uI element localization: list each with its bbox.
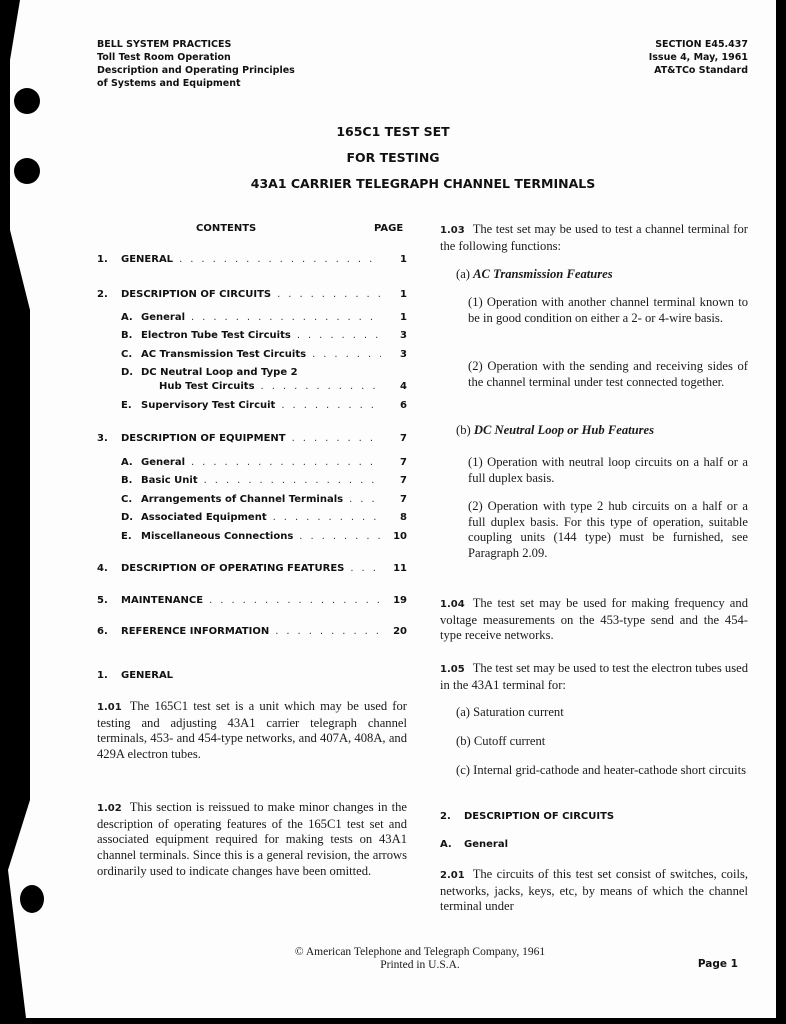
toc-entry[interactable]: A.General..............................1: [121, 312, 407, 323]
binder-hole-icon: [14, 88, 40, 114]
item-1-03-a-2: (2) Operation with the sending and recei…: [468, 359, 748, 390]
page-column-heading: PAGE: [374, 223, 403, 234]
toc-leader: ..............................: [275, 626, 381, 637]
item-label: (2): [468, 359, 483, 373]
item-title: DC Neutral Loop or Hub Features: [474, 423, 654, 437]
page-number: Page 1: [698, 958, 738, 970]
toc-entry-continuation[interactable]: Hub Test Circuits.......................…: [121, 381, 407, 392]
toc-leader: ..............................: [350, 563, 381, 574]
toc-label: DC Neutral Loop and Type 2: [141, 367, 298, 378]
title-line-2: FOR TESTING: [0, 150, 776, 165]
toc-label: MAINTENANCE: [121, 595, 203, 606]
toc-leader: ..............................: [297, 330, 381, 341]
list-item: (c) Internal grid-cathode and heater-cat…: [456, 763, 748, 779]
list-item: (a) Saturation current: [456, 705, 748, 721]
toc-page: 1: [387, 254, 407, 265]
item-title: AC Transmission Features: [473, 267, 613, 281]
toc-leader: ..............................: [299, 531, 381, 542]
paragraph-number: 1.01: [97, 702, 122, 713]
toc-num: D.: [121, 512, 141, 523]
toc-leader: ..............................: [292, 433, 381, 444]
section-number: SECTION E45.437: [649, 38, 748, 51]
toc-entry[interactable]: C.Arrangements of Channel Terminals.....…: [121, 494, 407, 505]
paragraph-1-05: 1.05The test set may be used to test the…: [440, 661, 748, 693]
toc-num: B.: [121, 330, 141, 341]
toc-num: C.: [121, 349, 141, 360]
item-label: (b): [456, 734, 471, 748]
toc-page: 4: [387, 381, 407, 392]
paragraph-number: 1.04: [440, 599, 465, 610]
toc-num: D.: [121, 367, 141, 378]
item-1-03-b-1: (1) Operation with neutral loop circuits…: [468, 455, 748, 486]
header-division: Toll Test Room Operation: [97, 51, 295, 64]
toc-label: Basic Unit: [141, 475, 198, 486]
toc-label: Electron Tube Test Circuits: [141, 330, 291, 341]
printed-in-text: Printed in U.S.A.: [270, 959, 570, 972]
toc-label: Supervisory Test Circuit: [141, 400, 275, 411]
item-1-03-b-2: (2) Operation with type 2 hub circuits o…: [468, 499, 748, 562]
item-text: Internal grid-cathode and heater-cathode…: [473, 763, 746, 777]
paragraph-1-02: 1.02This section is reissued to make min…: [97, 800, 407, 880]
toc-page: 3: [387, 330, 407, 341]
toc-entry[interactable]: 5.MAINTENANCE...........................…: [97, 595, 407, 606]
toc-page: 11: [387, 563, 407, 574]
item-label: (1): [468, 295, 483, 309]
toc-leader: ..............................: [349, 494, 381, 505]
item-text: Operation with type 2 hub circuits on a …: [468, 499, 748, 560]
toc-leader: ..............................: [273, 512, 381, 523]
section-num: A.: [440, 839, 464, 850]
section-label: GENERAL: [121, 670, 173, 681]
item-text: Operation with the sending and receiving…: [468, 359, 748, 389]
toc-page: 7: [387, 475, 407, 486]
paragraph-text: The test set may be used to test a chann…: [440, 222, 748, 253]
paragraph-number: 1.05: [440, 664, 465, 675]
toc-leader: ..............................: [312, 349, 381, 360]
toc-num: 5.: [97, 595, 121, 606]
section-heading-general: 1.GENERAL: [97, 670, 173, 681]
toc-page: 1: [387, 312, 407, 323]
toc-label: General: [141, 457, 185, 468]
header-category: Description and Operating Principles: [97, 64, 295, 77]
section-label: DESCRIPTION OF CIRCUITS: [464, 811, 614, 822]
toc-page: 19: [387, 595, 407, 606]
toc-label: DESCRIPTION OF EQUIPMENT: [121, 433, 286, 444]
toc-entry[interactable]: D.DC Neutral Loop and Type 2: [121, 367, 407, 378]
toc-page: 6: [387, 400, 407, 411]
binder-hole-icon: [20, 885, 44, 913]
item-label: (a): [456, 267, 470, 281]
paragraph-2-01: 2.01The circuits of this test set consis…: [440, 867, 748, 915]
toc-num: B.: [121, 475, 141, 486]
toc-entry[interactable]: E.Miscellaneous Connections.............…: [121, 531, 407, 542]
toc-label: REFERENCE INFORMATION: [121, 626, 269, 637]
toc-leader: ..............................: [191, 312, 381, 323]
toc-entry[interactable]: B.Basic Unit............................…: [121, 475, 407, 486]
paragraph-text: The test set may be used to test the ele…: [440, 661, 748, 692]
toc-label: GENERAL: [121, 254, 173, 265]
toc-entry[interactable]: 1.GENERAL..............................1: [97, 254, 407, 265]
paragraph-text: The circuits of this test set consist of…: [440, 867, 748, 913]
toc-num: A.: [121, 312, 141, 323]
toc-page: 7: [387, 433, 407, 444]
item-label: (c): [456, 763, 470, 777]
toc-num: C.: [121, 494, 141, 505]
item-1-03-a: (a) AC Transmission Features: [456, 267, 748, 283]
toc-label: DESCRIPTION OF CIRCUITS: [121, 289, 271, 300]
toc-num: E.: [121, 531, 141, 542]
toc-leader: ..............................: [179, 254, 381, 265]
section-num: 2.: [440, 811, 464, 822]
toc-leader: ..............................: [281, 400, 381, 411]
paragraph-1-01: 1.01The 165C1 test set is a unit which m…: [97, 699, 407, 763]
toc-num: 3.: [97, 433, 121, 444]
paragraph-1-03: 1.03The test set may be used to test a c…: [440, 222, 748, 254]
toc-num: 1.: [97, 254, 121, 265]
toc-num: 2.: [97, 289, 121, 300]
item-text: Operation with another channel terminal …: [468, 295, 748, 325]
section-label: General: [464, 839, 508, 850]
toc-entry[interactable]: C.AC Transmission Test Circuits.........…: [121, 349, 407, 360]
item-text: Cutoff current: [474, 734, 545, 748]
toc-label: Hub Test Circuits: [141, 381, 255, 392]
toc-page: 7: [387, 494, 407, 505]
toc-entry[interactable]: E.Supervisory Test Circuit..............…: [121, 400, 407, 411]
paragraph-text: The 165C1 test set is a unit which may b…: [97, 699, 407, 761]
toc-page: 1: [387, 289, 407, 300]
toc-entry[interactable]: D.Associated Equipment..................…: [121, 512, 407, 523]
header-series: BELL SYSTEM PRACTICES: [97, 38, 295, 51]
toc-leader: ..............................: [191, 457, 381, 468]
item-text: Operation with neutral loop circuits on …: [468, 455, 748, 485]
toc-page: 20: [387, 626, 407, 637]
toc-entry[interactable]: 2.DESCRIPTION OF CIRCUITS...............…: [97, 289, 407, 300]
toc-num: A.: [121, 457, 141, 468]
header-right: SECTION E45.437 Issue 4, May, 1961 AT&TC…: [649, 38, 748, 77]
toc-label: DESCRIPTION OF OPERATING FEATURES: [121, 563, 344, 574]
toc-entry[interactable]: 6.REFERENCE INFORMATION.................…: [97, 626, 407, 637]
item-label: (1): [468, 455, 483, 469]
toc-leader: ..............................: [209, 595, 381, 606]
toc-entry[interactable]: B.Electron Tube Test Circuits...........…: [121, 330, 407, 341]
toc-entry[interactable]: 4.DESCRIPTION OF OPERATING FEATURES.....…: [97, 563, 407, 574]
issue-date: Issue 4, May, 1961: [649, 51, 748, 64]
toc-entry[interactable]: 3.DESCRIPTION OF EQUIPMENT..............…: [97, 433, 407, 444]
toc-leader: ..............................: [204, 475, 381, 486]
paragraph-number: 2.01: [440, 870, 465, 881]
section-num: 1.: [97, 670, 121, 681]
toc-page: 10: [387, 531, 407, 542]
list-item: (b) Cutoff current: [456, 734, 748, 750]
paragraph-1-04: 1.04The test set may be used for making …: [440, 596, 748, 644]
paragraph-number: 1.03: [440, 225, 465, 236]
section-heading-circuits: 2.DESCRIPTION OF CIRCUITS: [440, 811, 614, 822]
item-label: (2): [468, 499, 483, 513]
toc-leader: ..............................: [277, 289, 381, 300]
item-text: Saturation current: [473, 705, 564, 719]
item-1-03-b: (b) DC Neutral Loop or Hub Features: [456, 423, 748, 439]
toc-page: 8: [387, 512, 407, 523]
toc-num: 4.: [97, 563, 121, 574]
header-left: BELL SYSTEM PRACTICES Toll Test Room Ope…: [97, 38, 295, 90]
toc-num: 6.: [97, 626, 121, 637]
item-1-03-a-1: (1) Operation with another channel termi…: [468, 295, 748, 326]
paragraph-text: This section is reissued to make minor c…: [97, 800, 407, 878]
toc-num: E.: [121, 400, 141, 411]
toc-label: Associated Equipment: [141, 512, 267, 523]
toc-page: 3: [387, 349, 407, 360]
toc-page: 7: [387, 457, 407, 468]
paragraph-text: The test set may be used for making freq…: [440, 596, 748, 642]
title-line-3: 43A1 CARRIER TELEGRAPH CHANNEL TERMINALS: [30, 176, 776, 191]
toc-entry[interactable]: A.General..............................7: [121, 457, 407, 468]
toc-leader: ..............................: [261, 381, 381, 392]
paragraph-number: 1.02: [97, 803, 122, 814]
toc-label: Miscellaneous Connections: [141, 531, 293, 542]
footer-copyright: © American Telephone and Telegraph Compa…: [270, 946, 570, 972]
document-page: BELL SYSTEM PRACTICES Toll Test Room Ope…: [0, 0, 776, 1018]
item-label: (a): [456, 705, 470, 719]
contents-heading: CONTENTS: [196, 223, 256, 234]
header-category-2: of Systems and Equipment: [97, 77, 295, 90]
toc-label: AC Transmission Test Circuits: [141, 349, 306, 360]
standard-label: AT&TCo Standard: [649, 64, 748, 77]
subsection-heading-general: A.General: [440, 839, 508, 850]
toc-label: Arrangements of Channel Terminals: [141, 494, 343, 505]
title-line-1: 165C1 TEST SET: [0, 124, 776, 139]
copyright-text: © American Telephone and Telegraph Compa…: [270, 946, 570, 959]
toc-label: General: [141, 312, 185, 323]
item-label: (b): [456, 423, 471, 437]
